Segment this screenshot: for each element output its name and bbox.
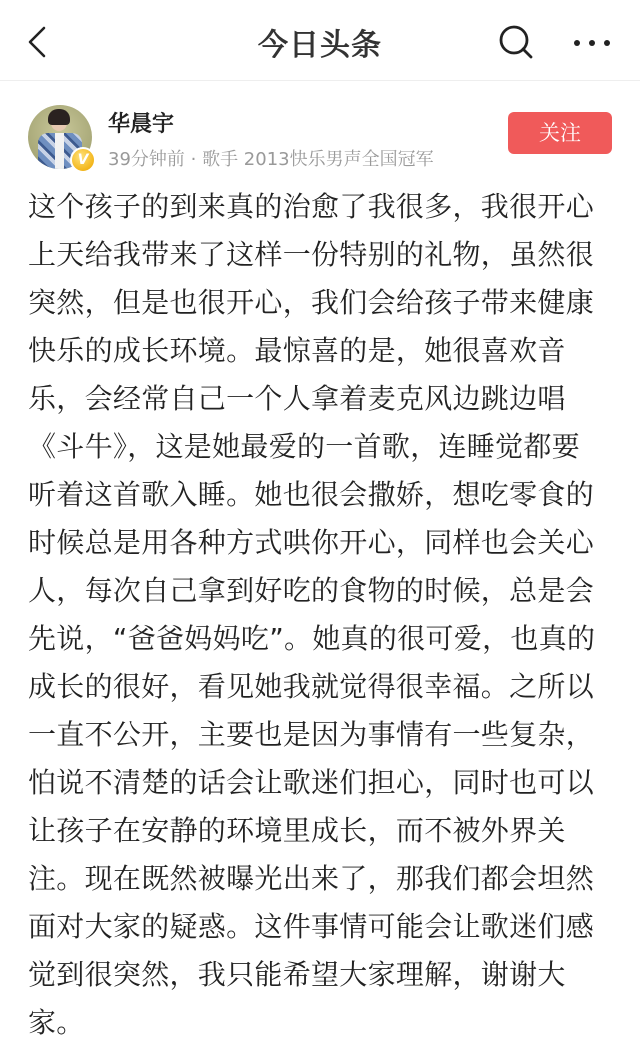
article-line: 上天给我带来了这样一份特别的礼物，虽然很 <box>28 231 612 279</box>
author-name[interactable]: 华晨宇 <box>108 107 174 138</box>
more-horizontal-icon <box>570 28 620 58</box>
author-meta: 39分钟前 · 歌手 2013快乐男声全国冠军 <box>108 145 434 171</box>
more-button[interactable] <box>570 28 620 58</box>
chevron-left-icon <box>22 22 54 62</box>
article-line: 人，每次自己拿到好吃的食物的时候，总是会 <box>28 567 612 615</box>
article-line: 怕说不清楚的话会让歌迷们担心，同时也可以 <box>28 759 612 807</box>
search-icon <box>496 22 536 62</box>
article-line: 让孩子在安静的环境里成长，而不被外界关 <box>28 807 612 855</box>
article-body: 这个孩子的到来真的治愈了我很多，我很开心 上天给我带来了这样一份特别的礼物，虽然… <box>28 183 612 1047</box>
article-line: 一直不公开，主要也是因为事情有一些复杂， <box>28 711 612 759</box>
article-line: 家。 <box>28 999 612 1047</box>
follow-button[interactable]: 关注 <box>508 112 612 154</box>
article-line: 成长的很好，看见她我就觉得很幸福。之所以 <box>28 663 612 711</box>
article-line: 面对大家的疑惑。这件事情可能会让歌迷们感 <box>28 903 612 951</box>
article-line: 突然，但是也很开心，我们会给孩子带来健康 <box>28 279 612 327</box>
avatar-undershirt <box>55 133 64 169</box>
article-line: 快乐的成长环境。最惊喜的是，她很喜欢音 <box>28 327 612 375</box>
search-button[interactable] <box>496 22 536 62</box>
top-navbar: 今日头条 <box>0 0 640 81</box>
avatar-hair <box>48 109 70 125</box>
article-line: 听着这首歌入睡。她也很会撒娇，想吃零食的 <box>28 471 612 519</box>
article-line: 注。现在既然被曝光出来了，那我们都会坦然 <box>28 855 612 903</box>
article-line: 先说，“爸爸妈妈吃”。她真的很可爱，也真的 <box>28 615 612 663</box>
article-line: 这个孩子的到来真的治愈了我很多，我很开心 <box>28 183 612 231</box>
back-button[interactable] <box>22 22 54 62</box>
author-header: V 华晨宇 39分钟前 · 歌手 2013快乐男声全国冠军 关注 <box>0 81 640 171</box>
verified-badge-icon: V <box>70 147 96 173</box>
article-line: 时候总是用各种方式哄你开心，同样也会关心 <box>28 519 612 567</box>
article-line: 《斗牛》，这是她最爱的一首歌，连睡觉都要 <box>28 423 612 471</box>
article-line: 乐，会经常自己一个人拿着麦克风边跳边唱 <box>28 375 612 423</box>
article-line: 觉到很突然，我只能希望大家理解，谢谢大 <box>28 951 612 999</box>
page-title: 今日头条 <box>0 20 640 64</box>
